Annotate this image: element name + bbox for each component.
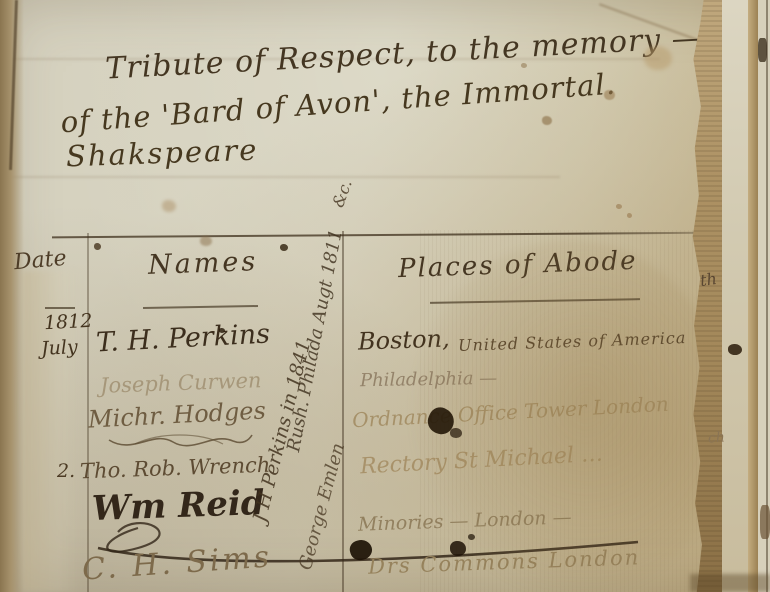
foxing-spot — [627, 213, 632, 218]
column-header-names: Names — [147, 246, 258, 281]
paper-crease-line — [0, 176, 560, 178]
edge-text-fragment: th — [699, 269, 718, 290]
foxing-spot — [162, 200, 176, 212]
date-year: 1812 — [43, 310, 92, 335]
manuscript-page: Tribute of Respect, to the memory — of t… — [0, 0, 770, 592]
signature-name: Joseph Curwen — [100, 368, 262, 398]
underlying-page-strip — [722, 0, 750, 592]
foxing-spot — [542, 116, 552, 125]
signature-flourish — [105, 428, 255, 454]
page-edge-shadow-line — [766, 0, 768, 592]
date-month: July — [40, 336, 78, 360]
edge-text-fragment: ch — [707, 429, 725, 446]
page-edge-ridge — [748, 0, 758, 592]
edge-bottom-shadow — [690, 574, 770, 592]
place-of-abode: Boston, — [358, 324, 451, 355]
ink-blot — [94, 243, 101, 250]
far-page-edge — [758, 0, 770, 592]
foxing-spot — [616, 204, 622, 209]
date-day: 2. — [57, 460, 75, 482]
year-overline — [45, 307, 75, 309]
foxing-spot — [200, 236, 212, 246]
names-underline — [143, 305, 258, 309]
column-header-date: Date — [13, 246, 68, 275]
signature-name: T. H. Perkins — [95, 318, 270, 358]
ink-blot — [280, 244, 288, 251]
title-line-3: Shakspeare — [65, 133, 258, 174]
place-of-abode: Philadelphia — — [360, 368, 498, 391]
